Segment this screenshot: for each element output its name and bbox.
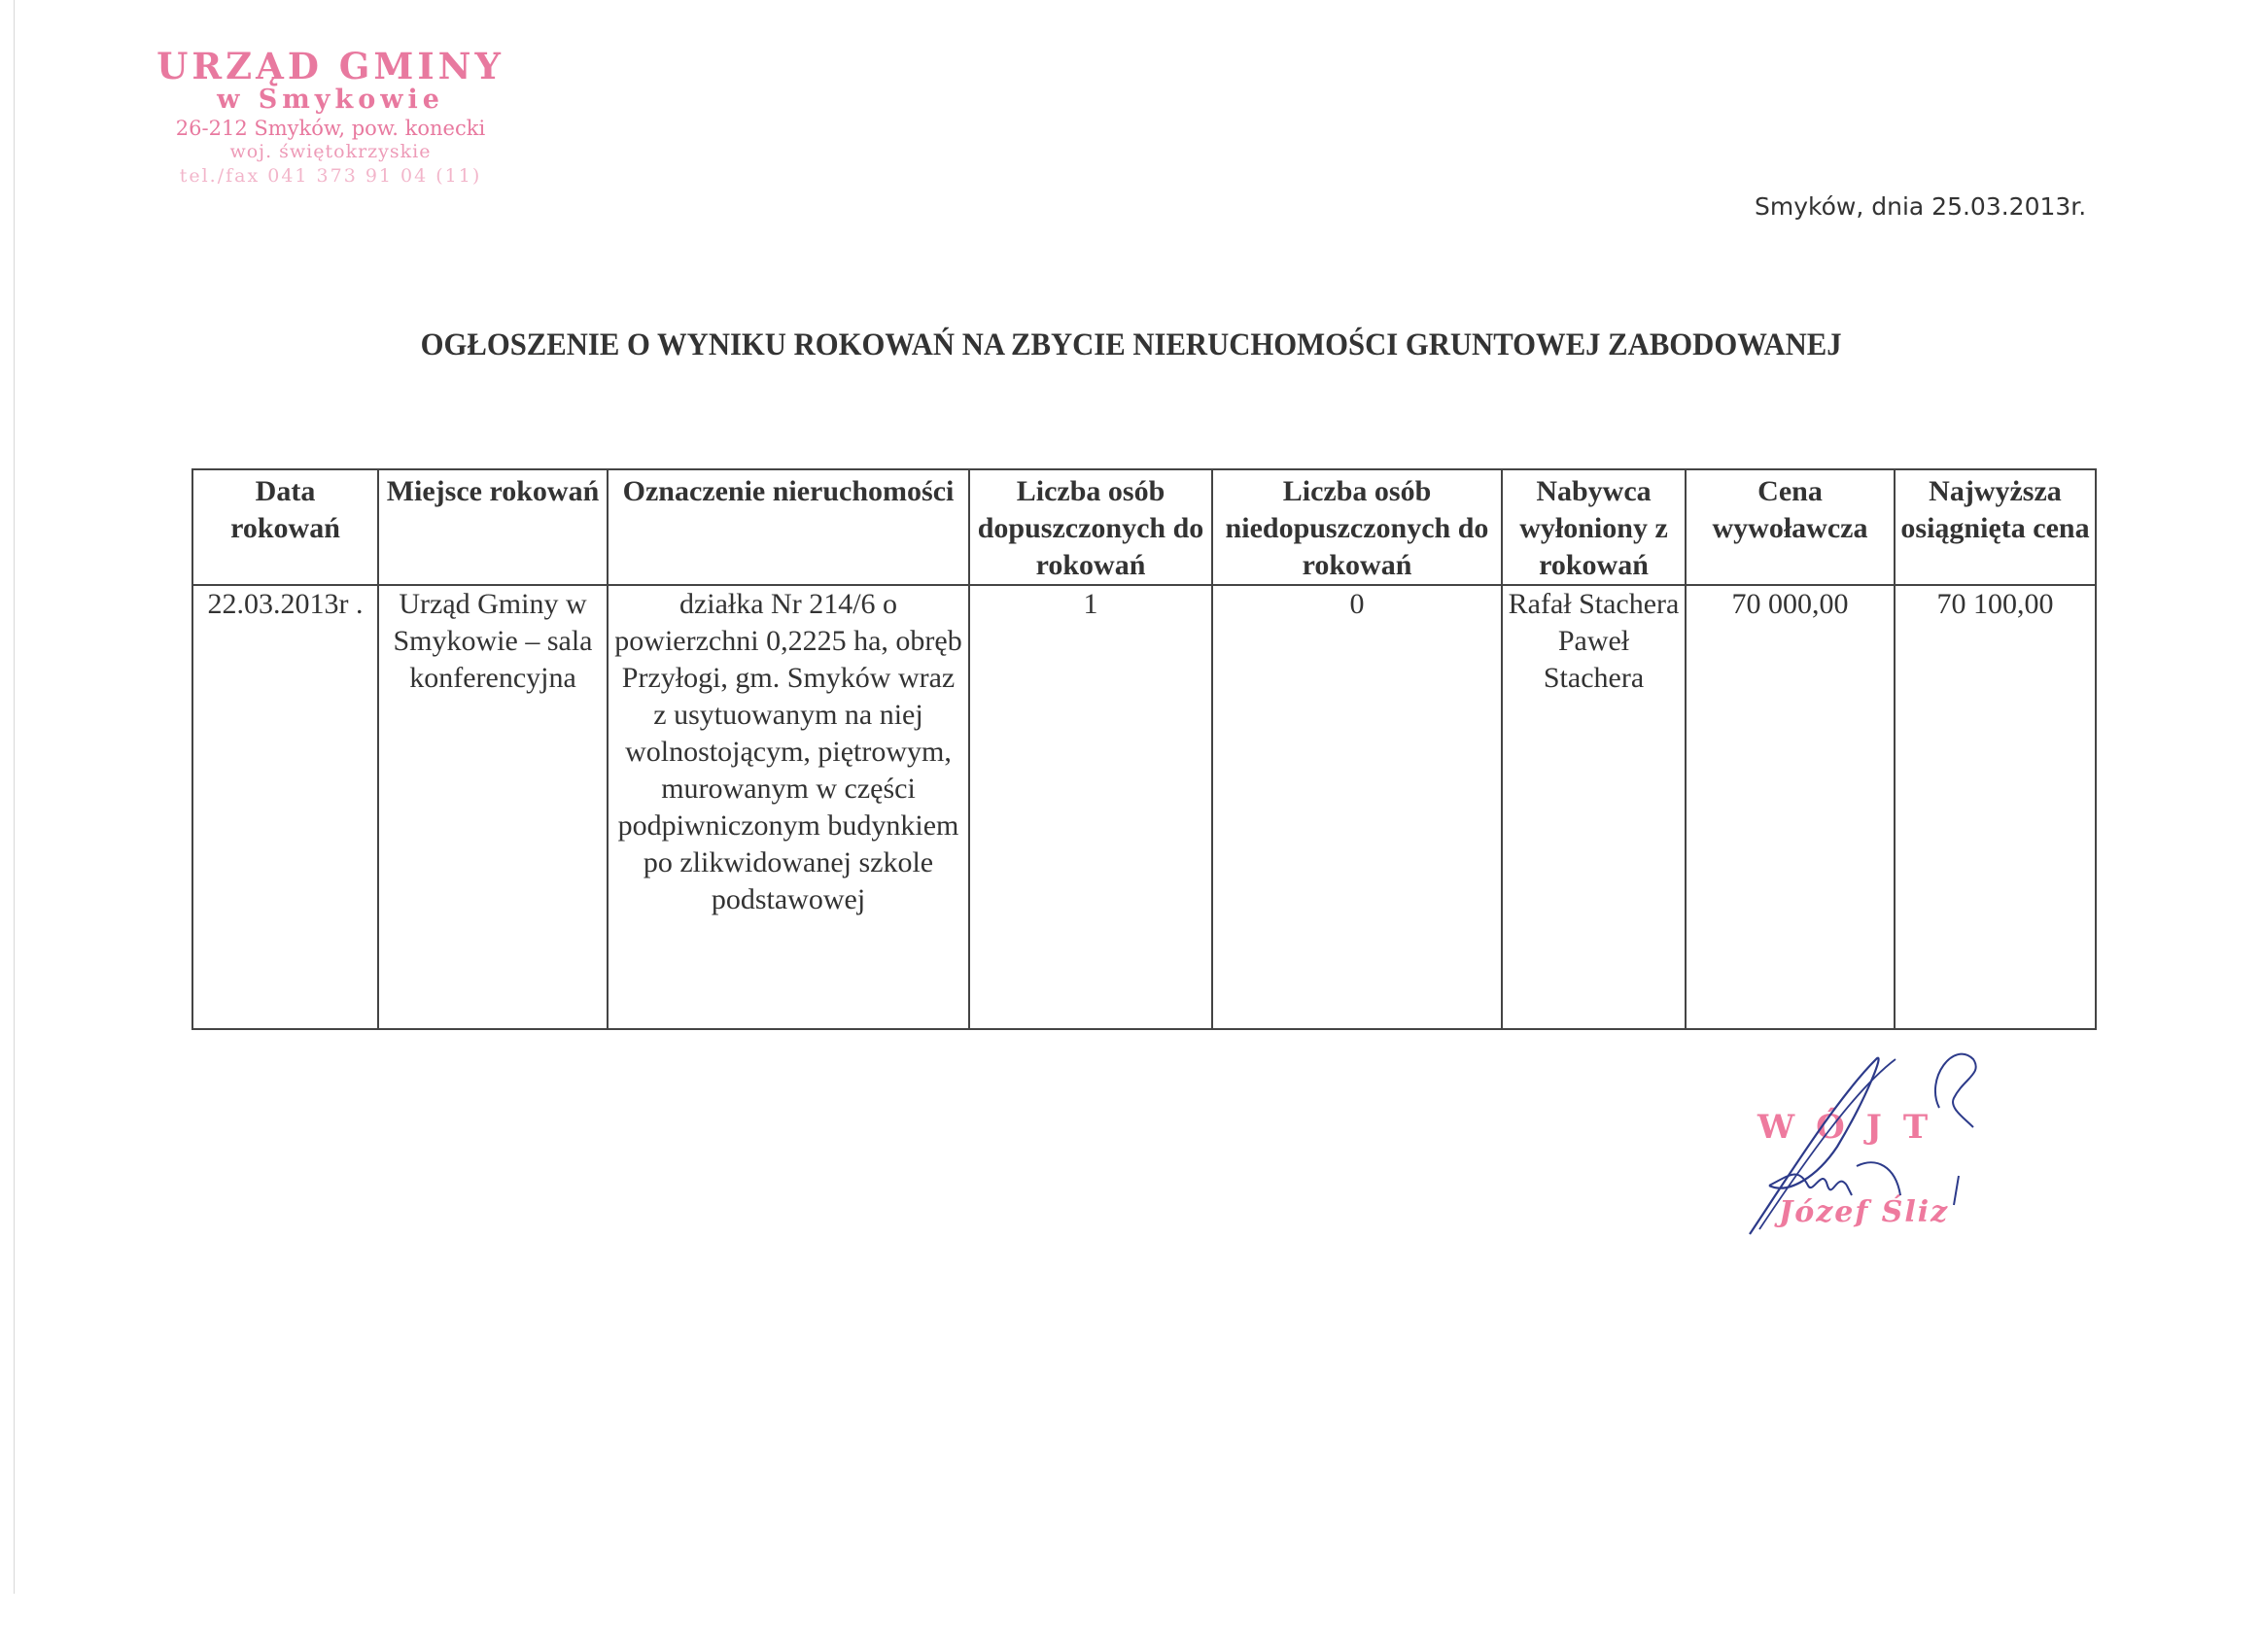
cell-property: działka Nr 214/6 o powierzchni 0,2225 ha… [608,585,969,1029]
stamp-line-5: tel./fax 041 373 91 04 (11) [136,167,525,186]
header-property: Oznaczenie nieruchomości [608,469,969,585]
header-starting-price: Cena wywoławcza [1686,469,1895,585]
header-not-admitted: Liczba osób niedopuszczonych do rokowań [1212,469,1502,585]
cell-date: 22.03.2013r . [192,585,378,1029]
header-admitted: Liczba osób dopuszczonych do rokowań [969,469,1212,585]
header-buyer: Nabywca wyłoniony z rokowań [1502,469,1686,585]
stamp-line-1: URZĄD GMINY [136,49,525,85]
stamp-line-4: woj. świętokrzyskie [136,143,525,161]
header-date: Data rokowań [192,469,378,585]
stamp-line-3: 26-212 Smyków, pow. konecki [136,119,525,139]
scan-artifact-line [14,0,15,1594]
cell-buyer: Rafał Stachera Paweł Stachera [1502,585,1686,1029]
signature-block: WÓJT Józef Śliz [1730,1059,2002,1254]
cell-not-admitted: 0 [1212,585,1502,1029]
handwritten-signature-icon [1730,1040,2002,1254]
place-and-date: Smyków, dnia 25.03.2013r. [1755,192,2086,221]
table-header-row: Data rokowań Miejsce rokowań Oznaczenie … [192,469,2096,585]
cell-highest-price: 70 100,00 [1895,585,2096,1029]
cell-starting-price: 70 000,00 [1686,585,1895,1029]
cell-place: Urząd Gminy w Smykowie – sala konferency… [378,585,608,1029]
results-table: Data rokowań Miejsce rokowań Oznaczenie … [191,468,2097,1030]
cell-admitted: 1 [969,585,1212,1029]
header-place: Miejsce rokowań [378,469,608,585]
header-highest-price: Najwyższa osiągnięta cena [1895,469,2096,585]
office-stamp: URZĄD GMINY w Smykowie 26-212 Smyków, po… [136,49,525,186]
table-row: 22.03.2013r . Urząd Gminy w Smykowie – s… [192,585,2096,1029]
document-title: OGŁOSZENIE O WYNIKU ROKOWAŃ NA ZBYCIE NI… [80,327,2182,363]
stamp-line-2: w Smykowie [136,86,525,113]
